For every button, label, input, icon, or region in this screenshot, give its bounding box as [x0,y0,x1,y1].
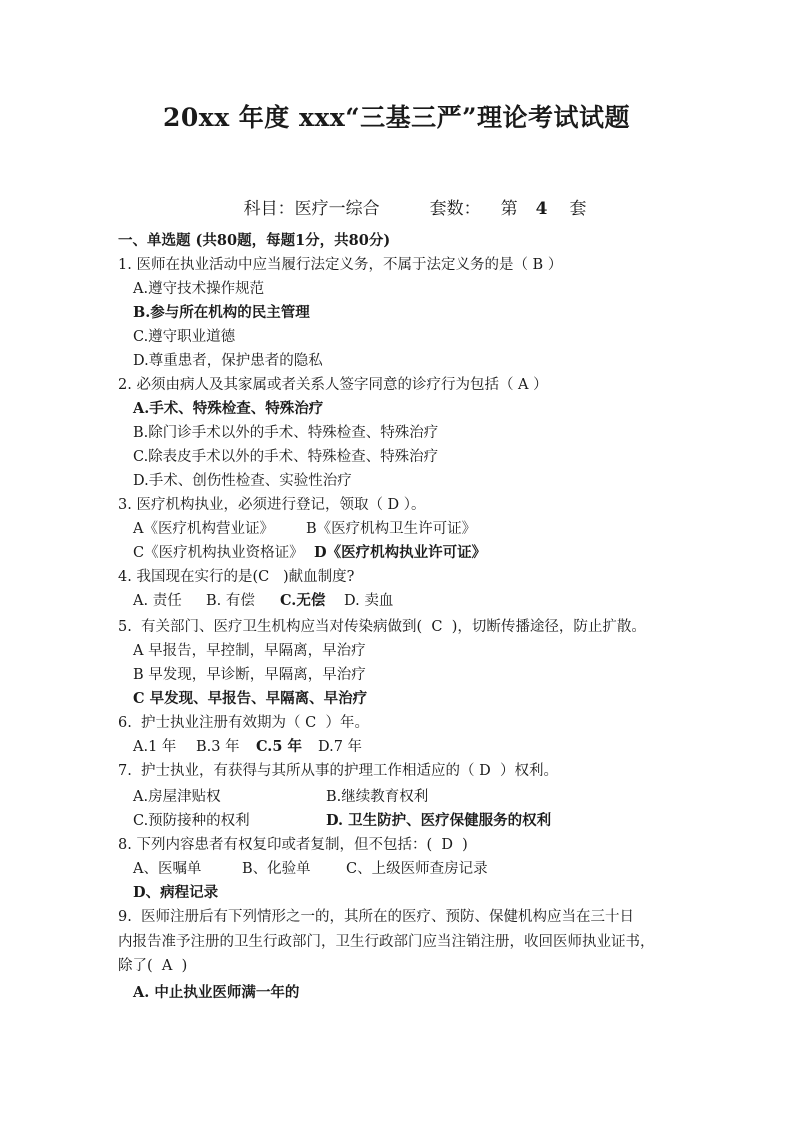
question-2-option-d: D.手术、创伤性检查、实验性治疗 [133,470,352,492]
question-2-option-a: A.手术、特殊检查、特殊治疗 [133,398,323,420]
question-1-option-b: B.参与所在机构的民主管理 [133,302,310,324]
question-9-stem-line-1: 9. 医师注册后有下列情形之一的，其所在的医疗、预防、保健机构应当在三十日 [118,906,634,928]
question-3-option-d: D《医疗机构执业许可证》 [314,542,486,564]
set-suffix: 套 [569,194,586,219]
question-1-stem: 1. 医师在执业活动中应当履行法定义务，不属于法定义务的是（ B ） [118,254,562,276]
question-2-stem: 2. 必须由病人及其家属或者关系人签字同意的诊疗行为包括（ A ） [118,374,548,396]
question-6-stem: 6. 护士执业注册有效期为（ C ）年。 [118,712,369,734]
question-6-option-c: C.5 年 [256,736,302,758]
question-4-option-b: B. 有偿 [206,590,255,612]
question-5-stem: 5. 有关部门、医疗卫生机构应当对传染病做到( C )，切断传播途径，防止扩散。 [118,616,646,638]
question-4-option-d: D. 卖血 [344,590,393,612]
section-heading: 一、单选题 (共80题，每题1分，共80分) [118,230,390,252]
question-8-option-c: C、上级医师查房记录 [346,858,488,880]
question-8-option-d: D、病程记录 [133,882,218,904]
question-9-stem-line-3: 除了( A ) [118,955,187,977]
question-3-option-c: C《医疗机构执业资格证》 [133,542,304,564]
question-7-stem: 7. 护士执业，有获得与其所从事的护理工作相适应的（ D ）权利。 [118,760,558,782]
set-label: 套数： [430,194,481,219]
question-1-option-d: D.尊重患者，保护患者的隐私 [133,350,323,372]
question-2-option-c: C.除表皮手术以外的手术、特殊检查、特殊治疗 [133,446,438,468]
question-5-option-c: C 早发现、早报告、早隔离、早治疗 [133,688,367,710]
question-6-option-a: A.1 年 [133,736,176,758]
question-8-option-a: A、医嘱单 [133,858,201,880]
question-9-stem-line-2: 内报告准予注册的卫生行政部门，卫生行政部门应当注销注册，收回医师执业证书， [118,931,655,953]
document-title: 20xx 年度 xxx“三基三严”理论考试试题 [0,98,793,134]
question-5-option-a: A 早报告，早控制，早隔离，早治疗 [133,640,366,662]
subject-label: 科目：医疗一综合 [244,194,380,219]
question-4-option-a: A. 责任 [133,590,182,612]
question-6-option-b: B.3 年 [196,736,240,758]
question-4-option-c: C.无偿 [280,590,325,612]
question-7-option-a: A.房屋津贴权 [133,786,221,808]
question-8-option-b: B、化验单 [242,858,311,880]
set-prefix: 第 [501,194,518,219]
set-number: 4 [536,199,548,219]
question-1-option-c: C.遵守职业道德 [133,326,235,348]
question-3-stem: 3. 医疗机构执业，必须进行登记，领取（ D ）。 [118,494,426,516]
question-5-option-b: B 早发现，早诊断，早隔离，早治疗 [133,664,366,686]
question-4-stem: 4. 我国现在实行的是(C )献血制度? [118,566,354,588]
question-1-option-a: A.遵守技术操作规范 [133,278,264,300]
question-2-option-b: B.除门诊手术以外的手术、特殊检查、特殊治疗 [133,422,438,444]
question-3-option-b: B《医疗机构卫生许可证》 [306,518,476,540]
question-7-option-c: C.预防接种的权利 [133,810,250,832]
question-7-option-d: D. 卫生防护、医疗保健服务的权利 [326,810,551,832]
question-6-option-d: D.7 年 [318,736,362,758]
question-3-option-a: A《医疗机构营业证》 [133,518,274,540]
question-7-option-b: B.继续教育权利 [326,786,428,808]
question-8-stem: 8. 下列内容患者有权复印或者复制，但不包括：( D ) [118,834,468,856]
question-9-option-a: A. 中止执业医师满一年的 [133,982,299,1004]
